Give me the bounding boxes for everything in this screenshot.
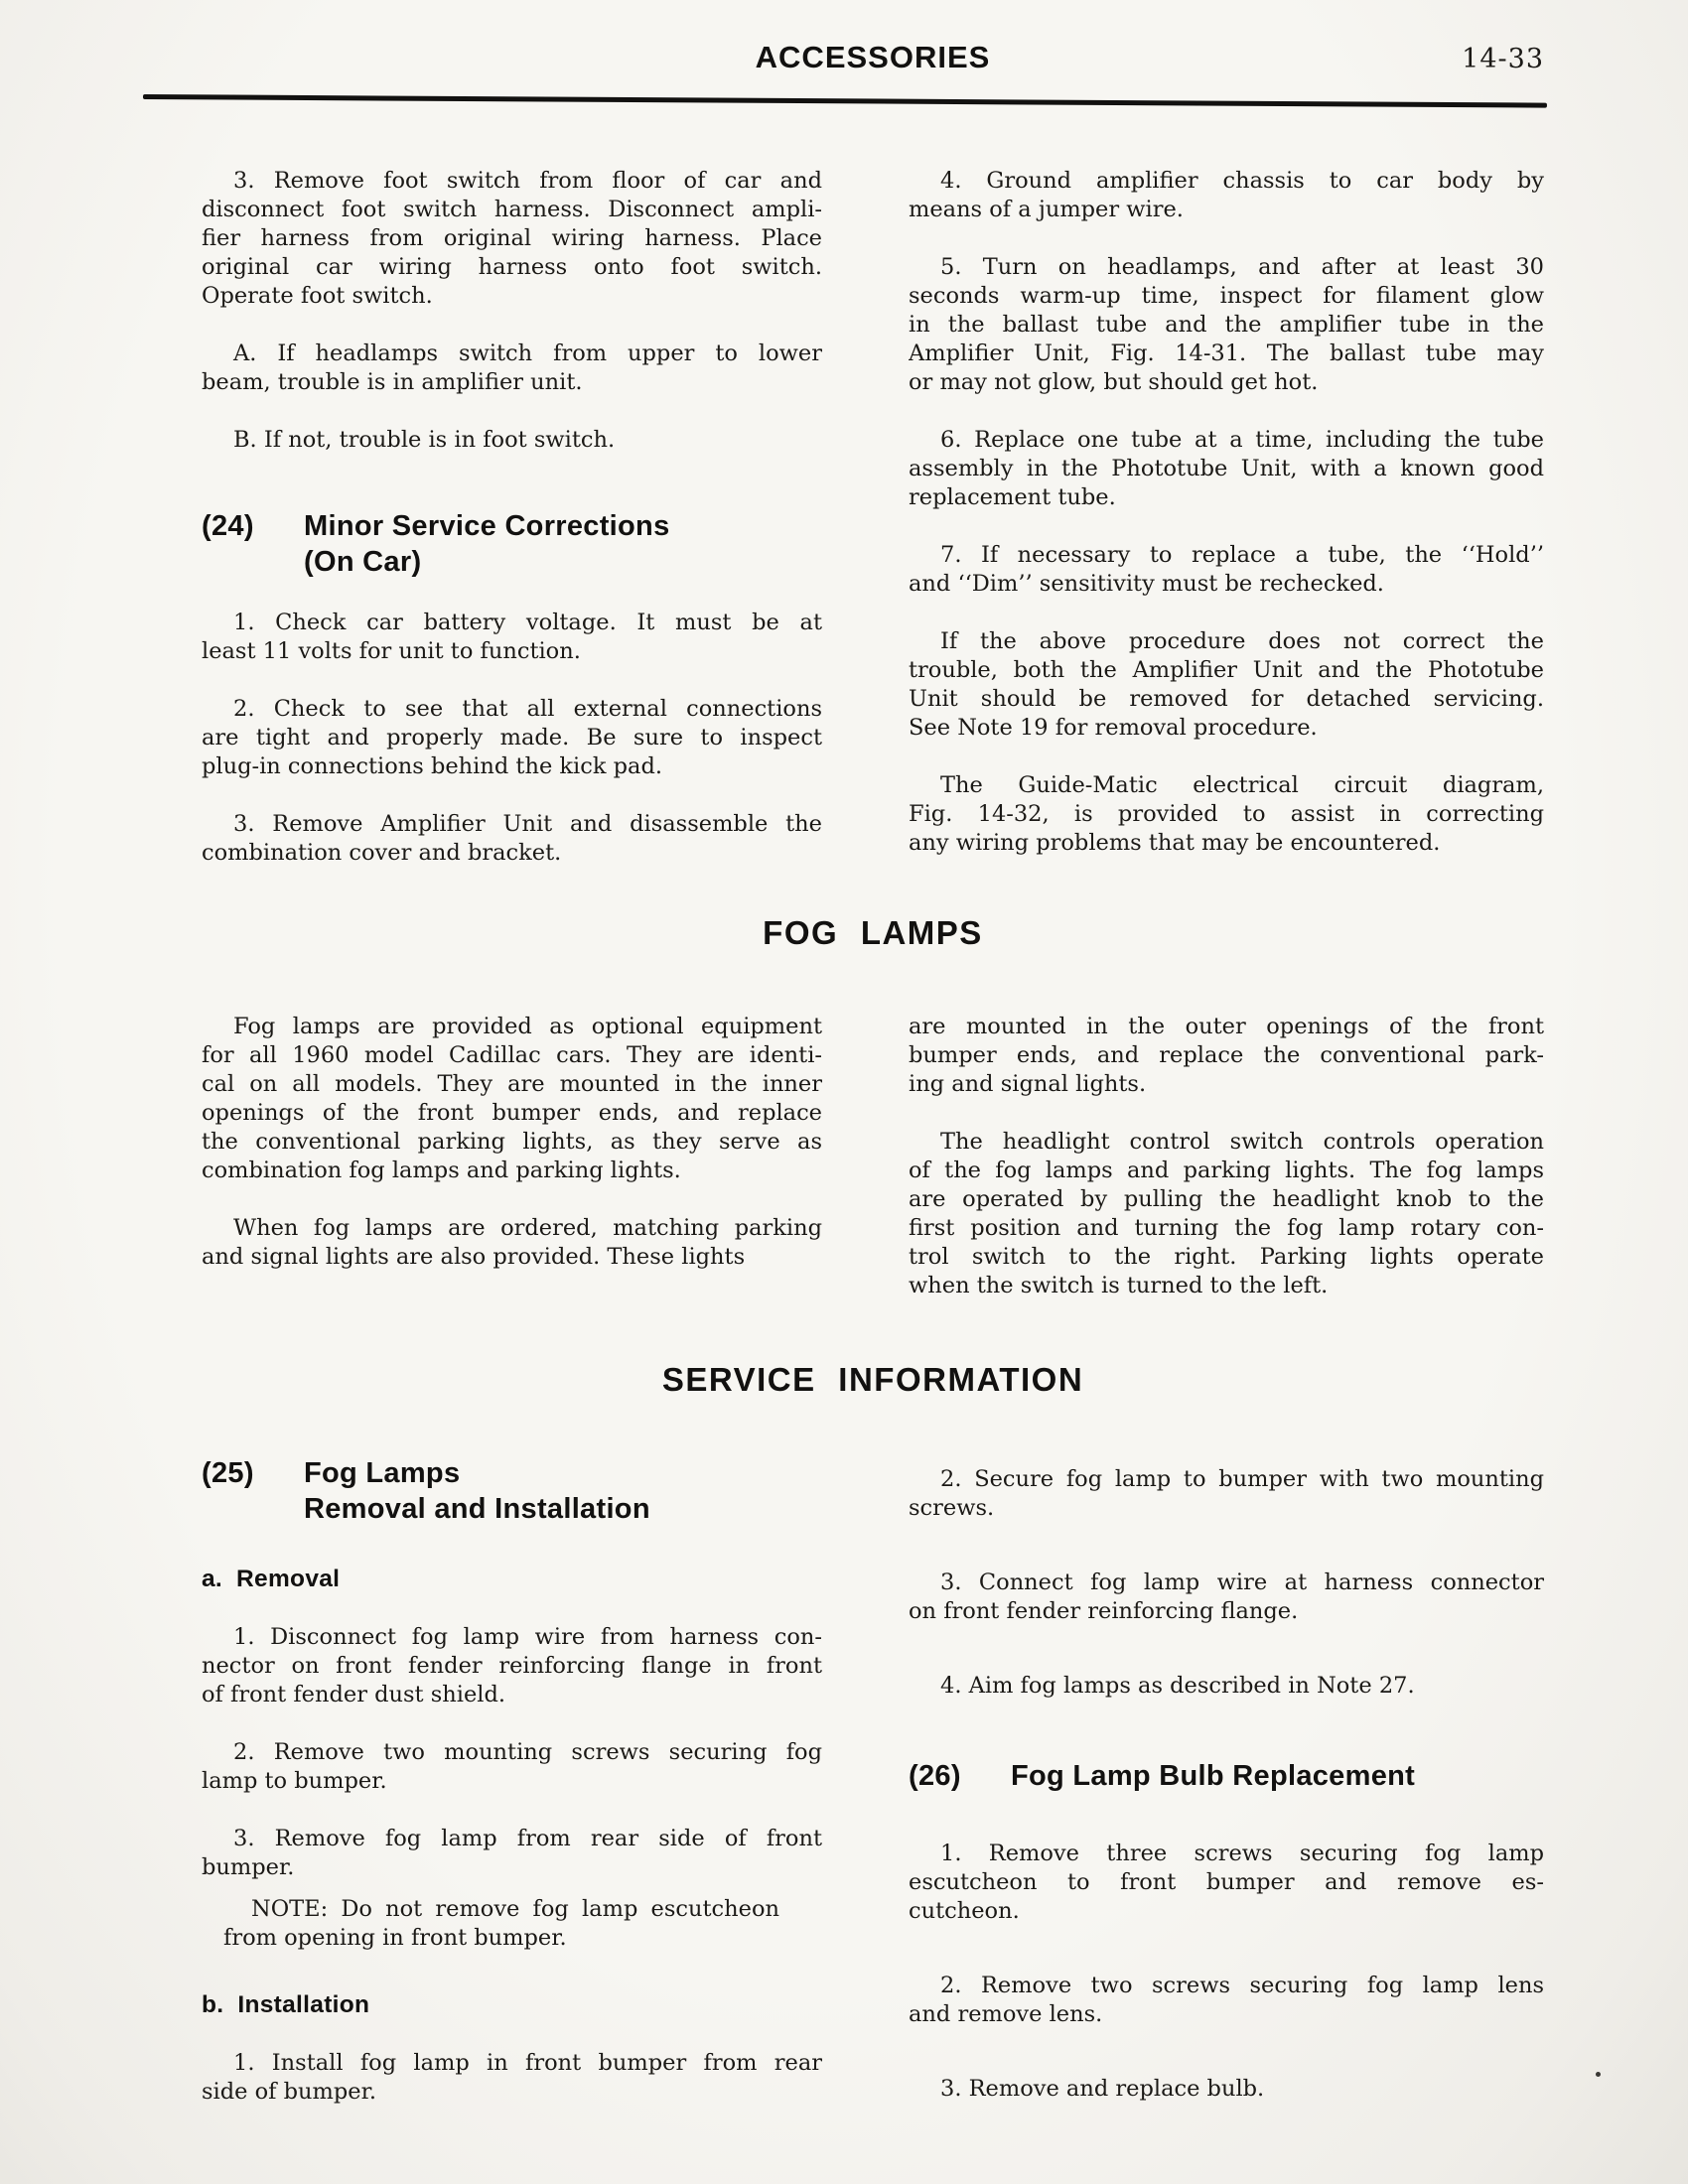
section-heading: (26)Fog Lamp Bulb Replacement <box>909 1758 1544 1794</box>
paragraph: A. If headlamps switch from upper to low… <box>202 340 822 397</box>
paragraph: The headlight control switch controls op… <box>909 1128 1544 1300</box>
text-line: The Guide-Matic electrical circuit diagr… <box>909 771 1544 800</box>
heading-line: Removal and Installation <box>304 1491 822 1527</box>
text-line: 1. Install fog lamp in front bumper from… <box>202 2049 822 2078</box>
left-column: (25)Fog LampsRemoval and Installationa.R… <box>202 1455 822 2107</box>
section-heading: (25)Fog LampsRemoval and Installation <box>202 1455 822 1527</box>
text-line: bumper. <box>202 1853 822 1882</box>
text-line: 6. Replace one tube at a time, including… <box>909 426 1544 455</box>
section-number: (24) <box>202 508 304 580</box>
text-line: 4. Ground amplifier chassis to car body … <box>909 167 1544 196</box>
header-rule <box>143 94 1547 108</box>
paragraph: Fog lamps are provided as optional equip… <box>202 1013 822 1185</box>
right-column: 4. Ground amplifier chassis to car body … <box>909 167 1544 858</box>
text-line: disconnect foot switch harness. Disconne… <box>202 196 822 224</box>
text-line: The headlight control switch controls op… <box>909 1128 1544 1157</box>
paragraph: 1. Remove three screws securing fog lamp… <box>909 1840 1544 1926</box>
paragraph: 3. Connect fog lamp wire at harness conn… <box>909 1569 1544 1626</box>
text-line: 7. If necessary to replace a tube, the ‘… <box>909 541 1544 570</box>
paragraph: When fog lamps are ordered, matching par… <box>202 1214 822 1272</box>
text-line: 3. Remove and replace bulb. <box>909 2075 1544 2104</box>
text-line: 3. Connect fog lamp wire at harness conn… <box>909 1569 1544 1597</box>
page-title: ACCESSORIES <box>202 40 1544 75</box>
text-line: Fog lamps are provided as optional equip… <box>202 1013 822 1041</box>
text-line: 2. Remove two mounting screws securing f… <box>202 1738 822 1767</box>
paragraph: 3. Remove and replace bulb. <box>909 2075 1544 2104</box>
paragraph: 6. Replace one tube at a time, including… <box>909 426 1544 512</box>
text-line: fier harness from original wiring harnes… <box>202 224 822 253</box>
text-line: When fog lamps are ordered, matching par… <box>202 1214 822 1243</box>
text-line: original car wiring harness onto foot sw… <box>202 253 822 282</box>
text-line: lamp to bumper. <box>202 1767 822 1796</box>
text-line: nector on front fender reinforcing flang… <box>202 1652 822 1681</box>
text-line: and ‘‘Dim’’ sensitivity must be rechecke… <box>909 570 1544 599</box>
section-number: (26) <box>909 1758 1011 1794</box>
paragraph: 1. Check car battery voltage. It must be… <box>202 609 822 666</box>
text-line: combination fog lamps and parking lights… <box>202 1157 822 1185</box>
text-line: 1. Disconnect fog lamp wire from harness… <box>202 1623 822 1652</box>
paragraph: 5. Turn on headlamps, and after at least… <box>909 253 1544 397</box>
heading-line: Minor Service Corrections <box>304 508 822 544</box>
section-title-text: Fog Lamp Bulb Replacement <box>1011 1758 1544 1794</box>
text-line: assembly in the Phototube Unit, with a k… <box>909 455 1544 483</box>
section-title-text: Minor Service Corrections(On Car) <box>304 508 822 580</box>
text-line: the conventional parking lights, as they… <box>202 1128 822 1157</box>
subsection-title-text: Removal <box>236 1566 340 1592</box>
text-line: first position and turning the fog lamp … <box>909 1214 1544 1243</box>
section-heading: (24)Minor Service Corrections(On Car) <box>202 508 822 580</box>
subsection-letter: a. <box>202 1566 222 1592</box>
text-line: replacement tube. <box>909 483 1544 512</box>
heading-line: Fog Lamps <box>304 1455 822 1491</box>
subsection-heading: b.Installation <box>202 1990 822 2020</box>
right-column: 2. Secure fog lamp to bumper with two mo… <box>909 1455 1544 2104</box>
text-line: Fig. 14-32, is provided to assist in cor… <box>909 800 1544 829</box>
text-line: 2. Check to see that all external connec… <box>202 695 822 724</box>
left-column: 3. Remove foot switch from floor of car … <box>202 167 822 868</box>
text-line: 3. Remove Amplifier Unit and disassemble… <box>202 810 822 839</box>
text-line: are mounted in the outer openings of the… <box>909 1013 1544 1041</box>
paragraph: 3. Remove fog lamp from rear side of fro… <box>202 1825 822 1882</box>
text-line: See Note 19 for removal procedure. <box>909 714 1544 743</box>
text-line: NOTE: Do not remove fog lamp escutcheon <box>223 1895 779 1924</box>
paragraph: 1. Disconnect fog lamp wire from harness… <box>202 1623 822 1709</box>
text-line: seconds warm-up time, inspect for filame… <box>909 282 1544 311</box>
text-line: are operated by pulling the headlight kn… <box>909 1185 1544 1214</box>
text-line: 3. Remove fog lamp from rear side of fro… <box>202 1825 822 1853</box>
paragraph: 2. Secure fog lamp to bumper with two mo… <box>909 1465 1544 1523</box>
text-line: on front fender reinforcing flange. <box>909 1597 1544 1626</box>
text-line: means of a jumper wire. <box>909 196 1544 224</box>
print-speck <box>1596 2072 1601 2077</box>
text-line: screws. <box>909 1494 1544 1523</box>
text-line: of the fog lamps and parking lights. The… <box>909 1157 1544 1185</box>
text-line: combination cover and bracket. <box>202 839 822 868</box>
paragraph: B. If not, trouble is in foot switch. <box>202 426 822 455</box>
right-column: are mounted in the outer openings of the… <box>909 1013 1544 1300</box>
heading-line: (On Car) <box>304 544 822 580</box>
page-header: ACCESSORIES 14-33 <box>202 40 1544 79</box>
text-line: 1. Remove three screws securing fog lamp <box>909 1840 1544 1868</box>
section-number: (25) <box>202 1455 304 1527</box>
text-line: A. If headlamps switch from upper to low… <box>202 340 822 368</box>
text-line: 5. Turn on headlamps, and after at least… <box>909 253 1544 282</box>
text-line: Operate foot switch. <box>202 282 822 311</box>
text-line: and signal lights are also provided. The… <box>202 1243 822 1272</box>
text-line: plug-in connections behind the kick pad. <box>202 752 822 781</box>
text-line: If the above procedure does not correct … <box>909 627 1544 656</box>
paragraph: 4. Ground amplifier chassis to car body … <box>909 167 1544 224</box>
subsection-title-text: Installation <box>237 1991 369 2018</box>
service-information-section: (25)Fog LampsRemoval and Installationa.R… <box>202 1455 1544 2107</box>
text-line: 3. Remove foot switch from floor of car … <box>202 167 822 196</box>
text-line: 2. Secure fog lamp to bumper with two mo… <box>909 1465 1544 1494</box>
text-line: from opening in front bumper. <box>223 1924 779 1953</box>
text-line: Amplifier Unit, Fig. 14-31. The ballast … <box>909 340 1544 368</box>
text-line: any wiring problems that may be encounte… <box>909 829 1544 858</box>
paragraph: 7. If necessary to replace a tube, the ‘… <box>909 541 1544 599</box>
text-line: in the ballast tube and the amplifier tu… <box>909 311 1544 340</box>
text-line: trouble, both the Amplifier Unit and the… <box>909 656 1544 685</box>
fog-lamps-heading: FOG LAMPS <box>202 913 1544 953</box>
fog-lamps-section: Fog lamps are provided as optional equip… <box>202 1013 1544 1300</box>
text-line: for all 1960 model Cadillac cars. They a… <box>202 1041 822 1070</box>
text-line: bumper ends, and replace the conventiona… <box>909 1041 1544 1070</box>
service-information-heading: SERVICE INFORMATION <box>202 1360 1544 1400</box>
text-line: and remove lens. <box>909 2000 1544 2029</box>
paragraph: 4. Aim fog lamps as described in Note 27… <box>909 1672 1544 1701</box>
paragraph: If the above procedure does not correct … <box>909 627 1544 743</box>
page-number: 14-33 <box>1462 44 1544 74</box>
page-content: 3. Remove foot switch from floor of car … <box>202 167 1544 2107</box>
heading-line: Fog Lamp Bulb Replacement <box>1011 1758 1544 1794</box>
note-paragraph: NOTE: Do not remove fog lamp escutcheonf… <box>223 1895 779 1953</box>
text-line: of front fender dust shield. <box>202 1681 822 1709</box>
text-line: are tight and properly made. Be sure to … <box>202 724 822 752</box>
text-line: escutcheon to front bumper and remove es… <box>909 1868 1544 1897</box>
text-line: openings of the front bumper ends, and r… <box>202 1099 822 1128</box>
text-line: or may not glow, but should get hot. <box>909 368 1544 397</box>
text-line: side of bumper. <box>202 2078 822 2107</box>
text-line: 4. Aim fog lamps as described in Note 27… <box>909 1672 1544 1701</box>
paragraph: 1. Install fog lamp in front bumper from… <box>202 2049 822 2107</box>
paragraph: 2. Check to see that all external connec… <box>202 695 822 781</box>
text-line: 2. Remove two screws securing fog lamp l… <box>909 1972 1544 2000</box>
text-line: beam, trouble is in amplifier unit. <box>202 368 822 397</box>
text-line: cutcheon. <box>909 1897 1544 1926</box>
text-line: least 11 volts for unit to function. <box>202 637 822 666</box>
paragraph: The Guide-Matic electrical circuit diagr… <box>909 771 1544 858</box>
text-line: 1. Check car battery voltage. It must be… <box>202 609 822 637</box>
paragraph: 3. Remove foot switch from floor of car … <box>202 167 822 311</box>
subsection-letter: b. <box>202 1991 223 2018</box>
text-line: B. If not, trouble is in foot switch. <box>202 426 822 455</box>
text-line: cal on all models. They are mounted in t… <box>202 1070 822 1099</box>
section-title-text: Fog LampsRemoval and Installation <box>304 1455 822 1527</box>
text-line: trol switch to the right. Parking lights… <box>909 1243 1544 1272</box>
subsection-heading: a.Removal <box>202 1565 822 1594</box>
paragraph: 3. Remove Amplifier Unit and disassemble… <box>202 810 822 868</box>
manual-page: ACCESSORIES 14-33 3. Remove foot switch … <box>0 0 1688 2184</box>
text-line: when the switch is turned to the left. <box>909 1272 1544 1300</box>
paragraph: 2. Remove two mounting screws securing f… <box>202 1738 822 1796</box>
text-line: ing and signal lights. <box>909 1070 1544 1099</box>
troubleshooting-section: 3. Remove foot switch from floor of car … <box>202 167 1544 868</box>
paragraph: are mounted in the outer openings of the… <box>909 1013 1544 1099</box>
paragraph: 2. Remove two screws securing fog lamp l… <box>909 1972 1544 2029</box>
text-line: Unit should be removed for detached serv… <box>909 685 1544 714</box>
left-column: Fog lamps are provided as optional equip… <box>202 1013 822 1272</box>
